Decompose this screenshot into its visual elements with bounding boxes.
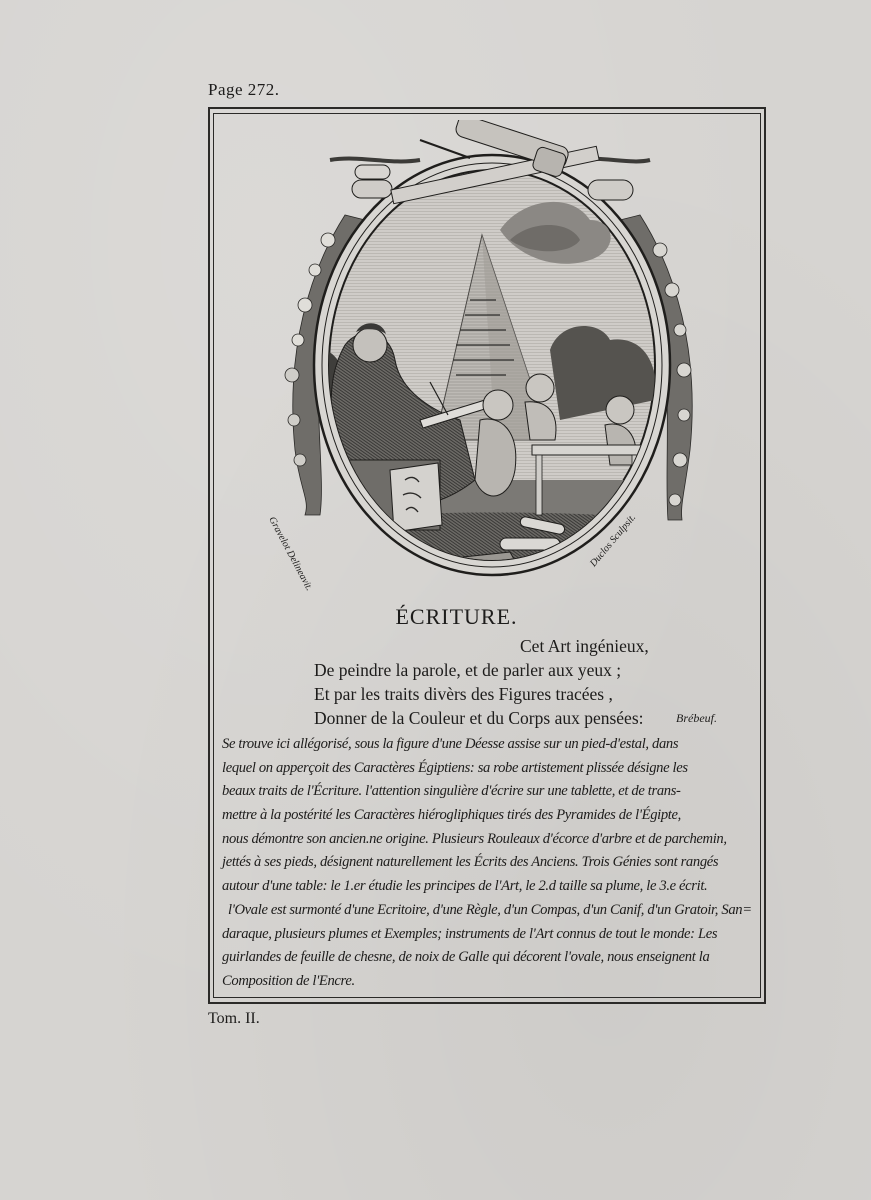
prose-line: l'Ovale est surmonté d'une Ecritoire, d'…: [222, 899, 762, 923]
verse-line-4: Donner de la Couleur et du Corps aux pen…: [314, 708, 644, 729]
page-number: Page 272.: [208, 80, 280, 100]
plate-title: ÉCRITURE.: [0, 604, 871, 630]
prose-line: nous démontre son ancien.ne origine. Plu…: [222, 828, 762, 852]
engraving-vignette: [270, 120, 710, 600]
prose-line: guirlandes de feuille de chesne, de noix…: [222, 946, 762, 970]
prose-line: Se trouve ici allégorisé, sous la figure…: [222, 733, 762, 757]
verse-line-1: Cet Art ingénieux,: [520, 636, 649, 657]
prose-line: autour d'une table: le 1.er étudie les p…: [222, 875, 762, 899]
prose-line: daraque, plusieurs plumes et Exemples; i…: [222, 923, 762, 947]
verse-line-3: Et par les traits divèrs des Figures tra…: [314, 684, 613, 705]
scroll-right: [588, 180, 633, 200]
prose-line: beaux traits de l'Écriture. l'attention …: [222, 780, 762, 804]
table: [532, 445, 644, 455]
scroll-left: [352, 180, 392, 198]
prose-line: jettés à ses pieds, désignent naturellem…: [222, 851, 762, 875]
verse-attribution: Brébeuf.: [676, 711, 717, 726]
plate-title-text: ÉCRITURE.: [395, 604, 517, 629]
verse-line-2: De peindre la parole, et de parler aux y…: [314, 660, 621, 681]
prose-line: Composition de l'Encre.: [222, 970, 762, 994]
prose-line: lequel on apperçoit des Caractères Égipt…: [222, 757, 762, 781]
prose-line: mettre à la postérité les Caractères hié…: [222, 804, 762, 828]
volume-label: Tom. II.: [208, 1010, 260, 1028]
description-prose: Se trouve ici allégorisé, sous la figure…: [222, 733, 762, 994]
